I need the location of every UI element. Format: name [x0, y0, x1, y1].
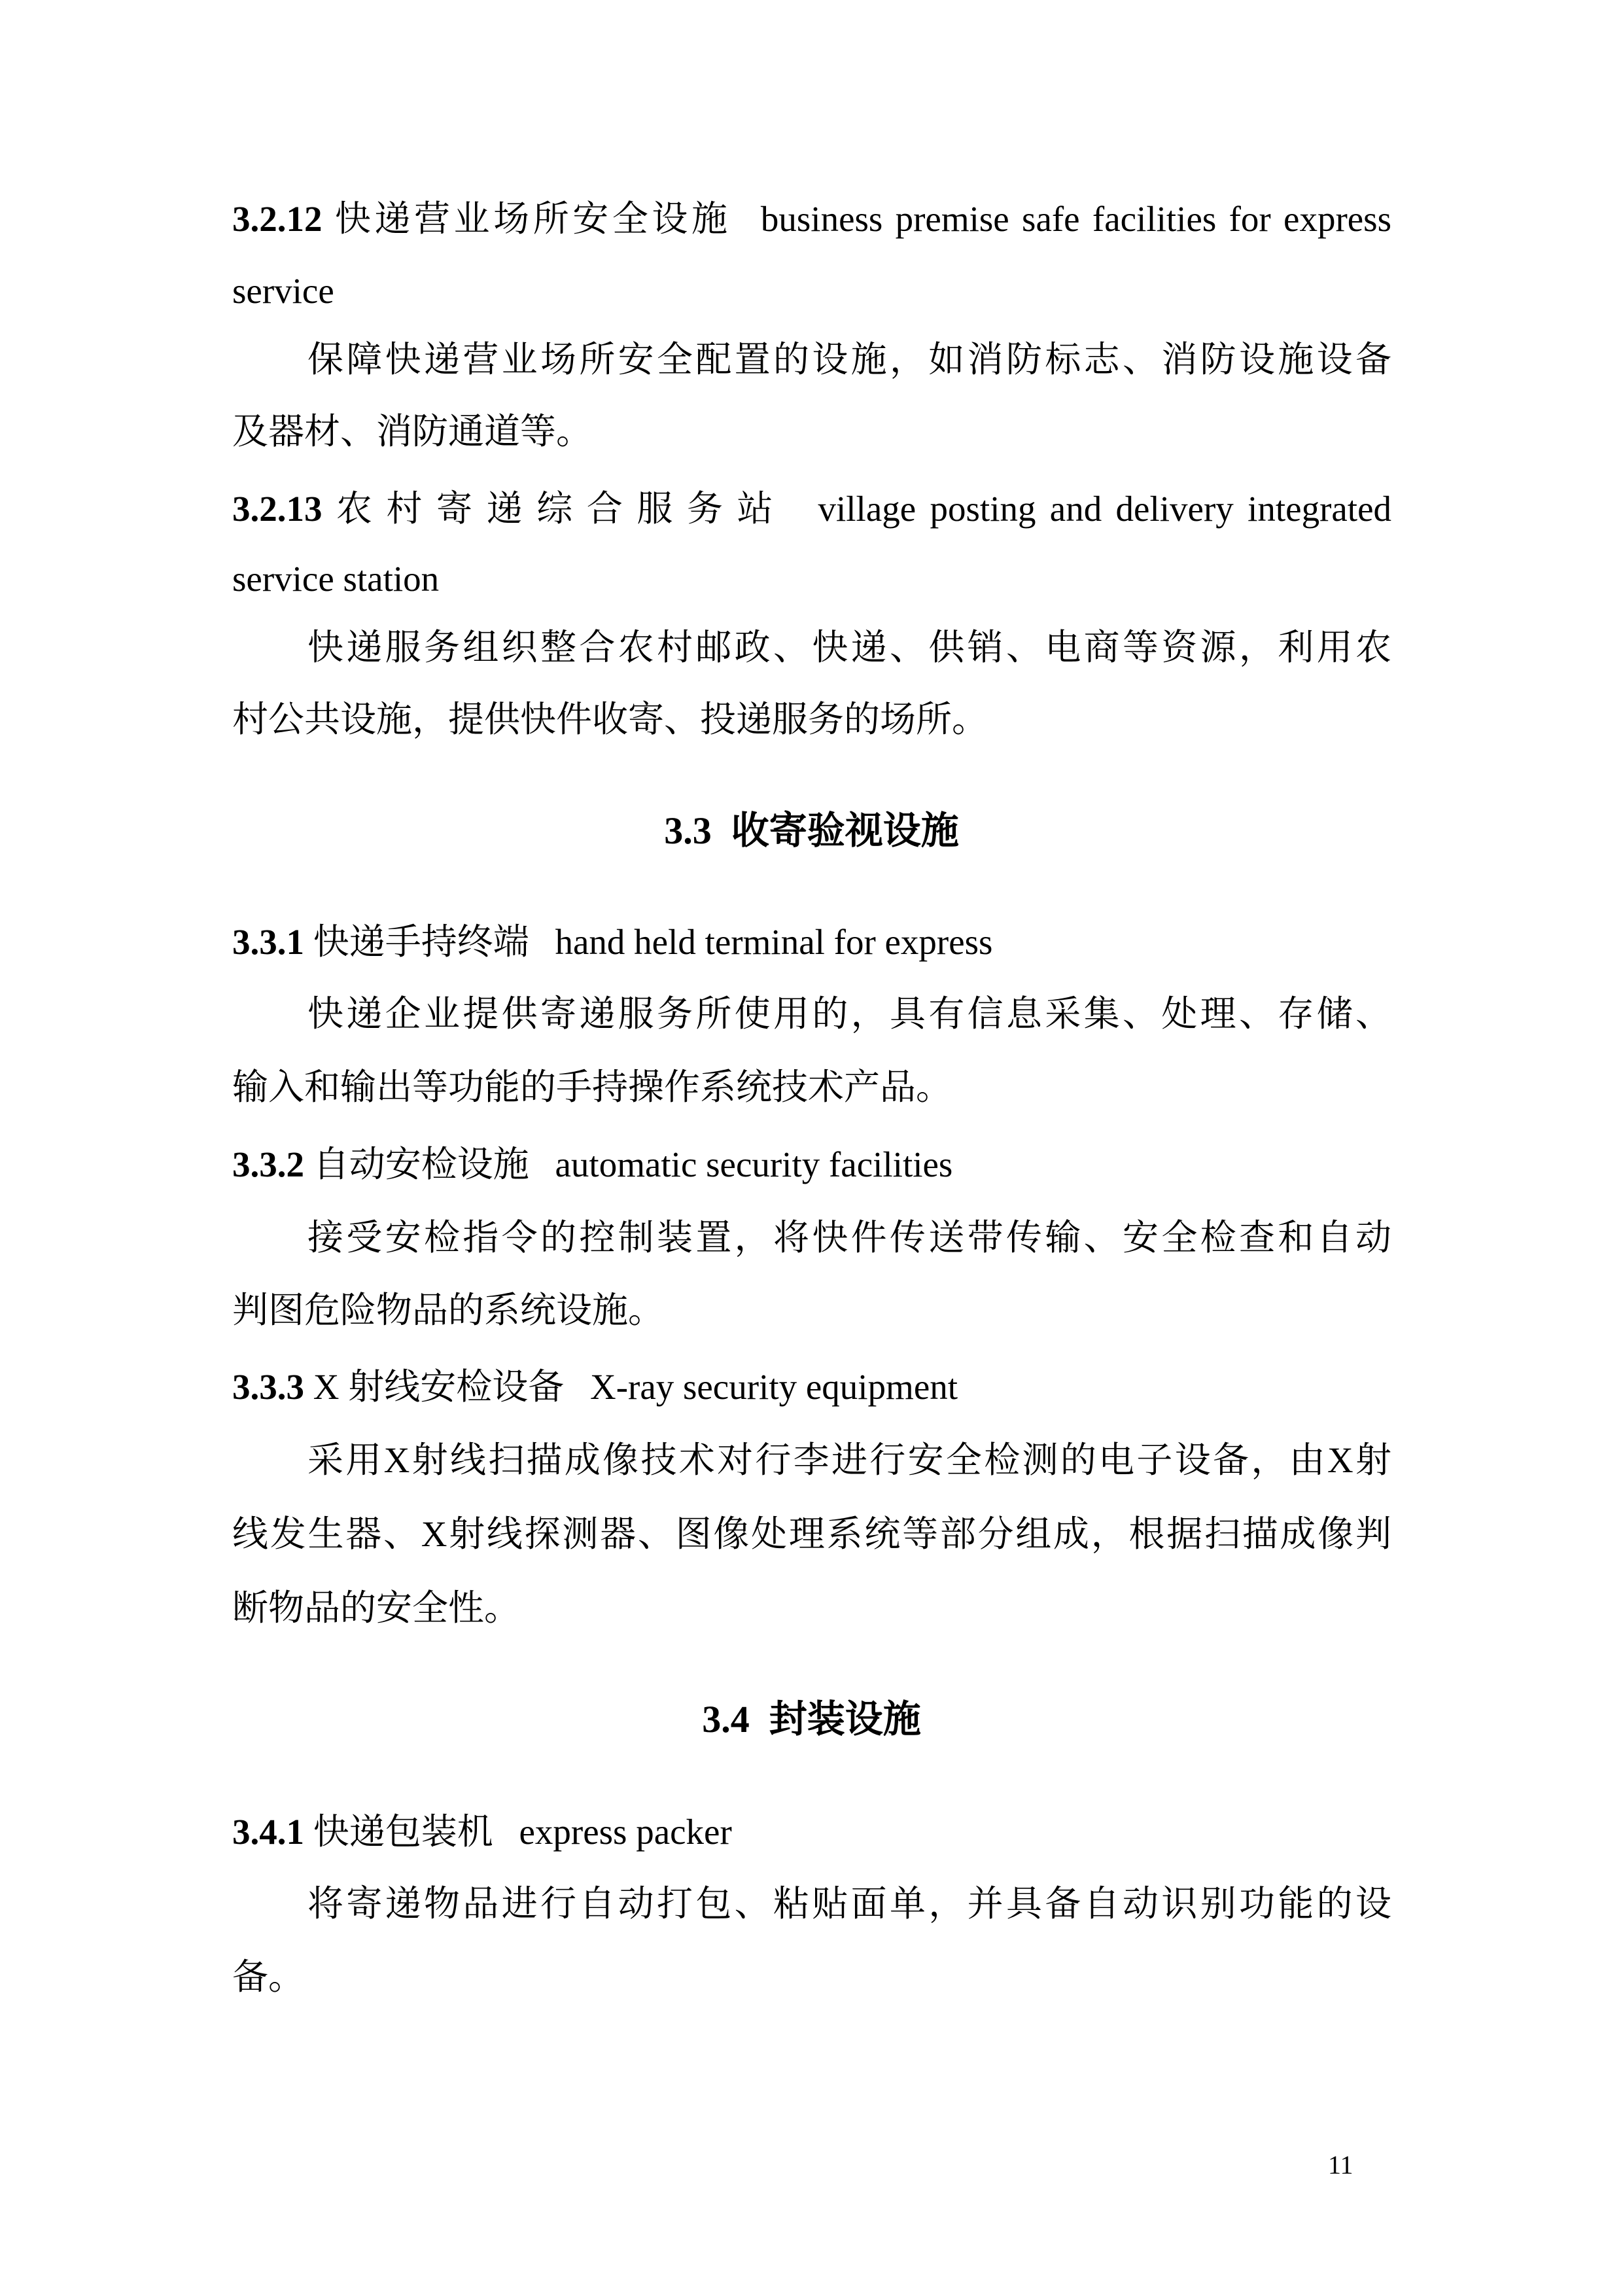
document-page: 3.2.12 快递营业场所安全设施 business premise safe …	[0, 0, 1623, 2296]
page-number: 11	[1328, 2149, 1353, 2181]
term-number: 3.4.1	[232, 1812, 304, 1852]
definition-line: 及器材、消防通道等。	[232, 409, 1391, 455]
term-number: 3.3.1	[232, 922, 304, 962]
section-heading-3-3: 3.3收寄验视设施	[0, 807, 1623, 855]
term-heading-3-4-1: 3.4.1 快递包装机 express packer	[232, 1809, 1391, 1855]
definition-line: 接受安检指令的控制装置，将快件传送带传输、安全检查和自动	[307, 1215, 1391, 1261]
term-heading-3-3-1: 3.3.1 快递手持终端 hand held terminal for expr…	[232, 919, 1391, 965]
section-title: 封装设施	[769, 1698, 921, 1740]
definition-line: 输入和输出等功能的手持操作系统技术产品。	[232, 1065, 1391, 1110]
term-heading-3-2-13: 3.2.13 农村寄递综合服务站 village posting and del…	[232, 486, 1391, 532]
definition-line: 线发生器、X射线探测器、图像处理系统等部分组成，根据扫描成像判	[232, 1511, 1391, 1557]
term-number: 3.3.3	[232, 1367, 304, 1407]
term-english-continued: service	[232, 268, 1391, 314]
term-chinese: 快递营业场所安全设施	[335, 199, 731, 239]
term-heading-3-2-12: 3.2.12 快递营业场所安全设施 business premise safe …	[232, 196, 1391, 242]
term-english: village posting and delivery integrated	[818, 489, 1392, 529]
term-chinese: 农村寄递综合服务站	[336, 489, 787, 529]
section-number: 3.3	[664, 809, 712, 852]
term-english: hand held terminal for express	[555, 922, 993, 962]
section-heading-3-4: 3.4封装设施	[0, 1695, 1623, 1744]
term-number: 3.2.13	[232, 489, 323, 529]
definition-line: 判图危险物品的系统设施。	[232, 1288, 1391, 1333]
term-english: express packer	[519, 1812, 732, 1852]
term-chinese: X 射线安检设备	[313, 1367, 564, 1407]
term-english: business premise safe facilities for exp…	[761, 199, 1391, 239]
term-heading-3-3-2: 3.3.2 自动安检设施 automatic security faciliti…	[232, 1142, 1391, 1188]
definition-line: 采用X射线扫描成像技术对行李进行安全检测的电子设备，由X射	[307, 1438, 1391, 1483]
definition-line: 断物品的安全性。	[232, 1585, 1391, 1631]
definition-line: 将寄递物品进行自动打包、粘贴面单，并具备自动识别功能的设	[307, 1881, 1391, 1927]
term-heading-3-3-3: 3.3.3 X 射线安检设备 X-ray security equipment	[232, 1364, 1391, 1410]
definition-line: 备。	[232, 1954, 1391, 2000]
term-chinese: 快递手持终端	[313, 922, 529, 962]
section-title: 收寄验视设施	[731, 809, 959, 852]
term-english: automatic security facilities	[555, 1144, 953, 1184]
definition-line: 快递企业提供寄递服务所使用的，具有信息采集、处理、存储、	[307, 991, 1391, 1037]
definition-line: 保障快递营业场所安全配置的设施，如消防标志、消防设施设备	[307, 337, 1391, 383]
definition-line: 快递服务组织整合农村邮政、快递、供销、电商等资源，利用农	[307, 625, 1391, 671]
term-number: 3.3.2	[232, 1144, 304, 1184]
term-english: X-ray security equipment	[590, 1367, 958, 1407]
term-number: 3.2.12	[232, 199, 323, 239]
term-english-continued: service station	[232, 556, 1391, 602]
section-number: 3.4	[702, 1698, 750, 1740]
term-chinese: 快递包装机	[313, 1812, 493, 1852]
term-chinese: 自动安检设施	[313, 1144, 529, 1184]
definition-line: 村公共设施，提供快件收寄、投递服务的场所。	[232, 697, 1391, 743]
